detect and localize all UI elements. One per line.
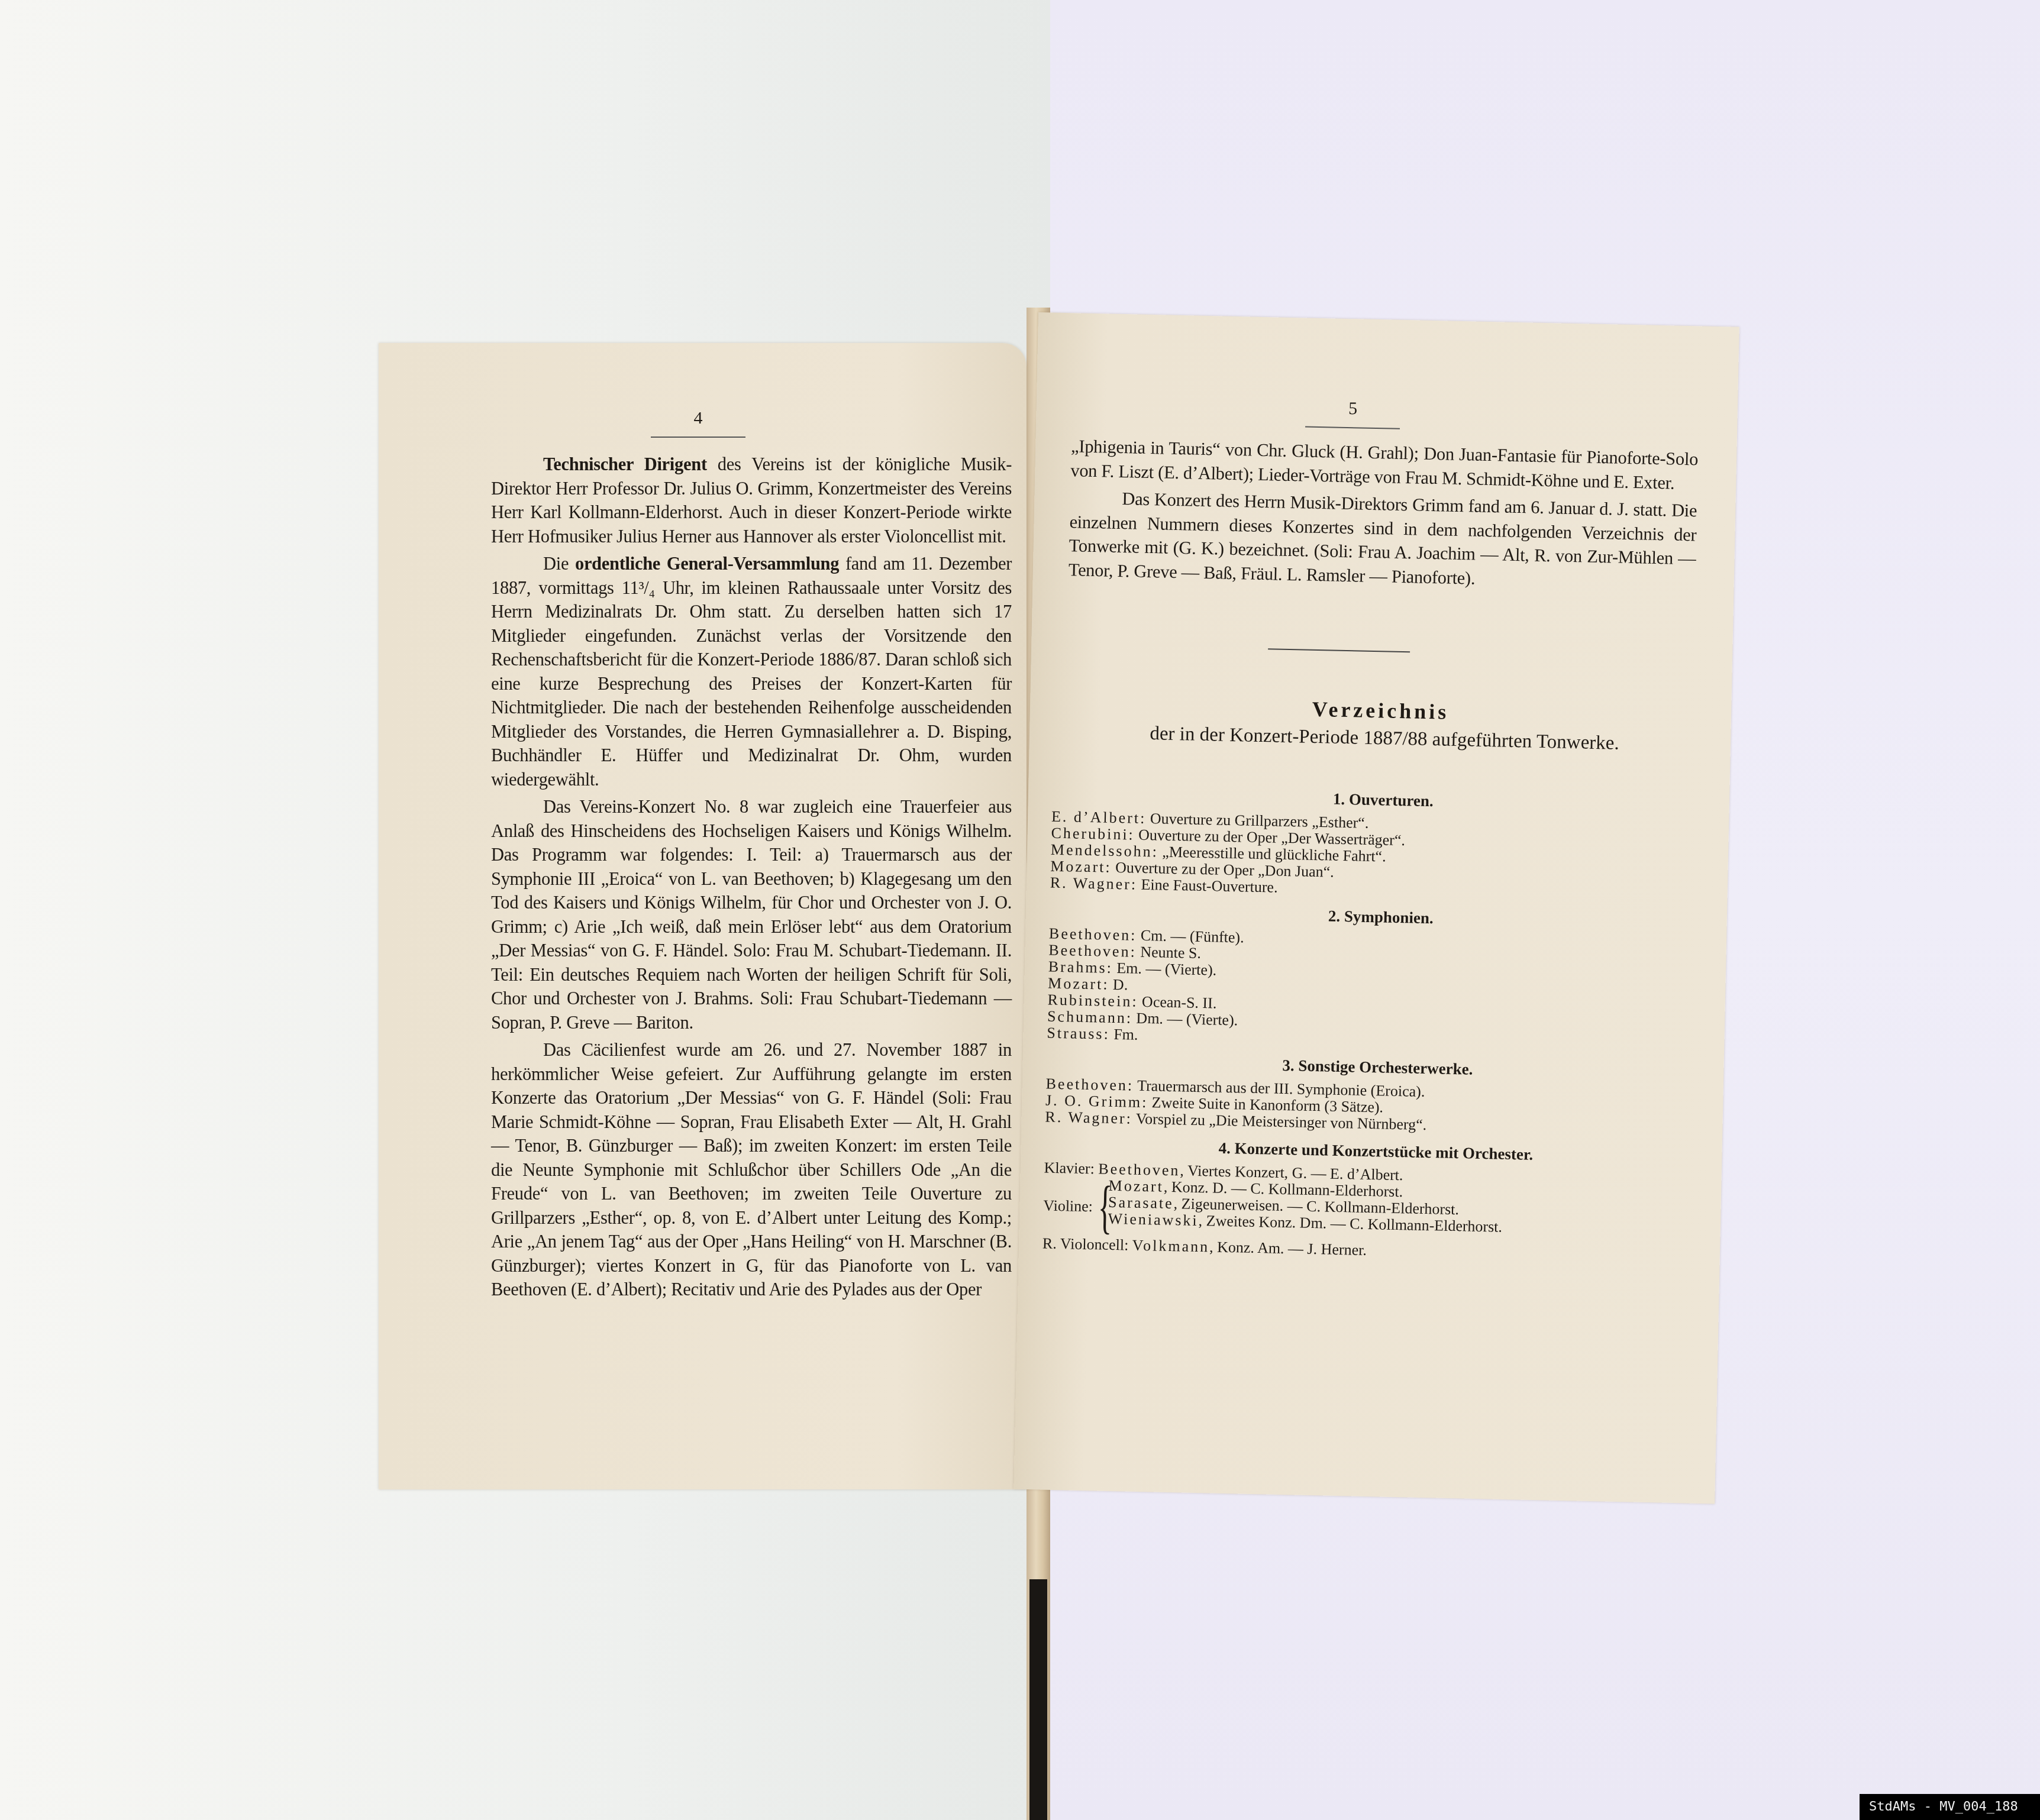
composer-name: Strauss: [1047,1024,1110,1043]
paragraph-general-versammlung: Die ordentliche General-Versammlung fand… [491,552,1012,791]
paragraph-lead: ordentliche General-Versammlung [575,554,839,574]
composer-name: Beethoven: [1048,942,1137,961]
paragraph-vereins-konzert: Das Vereins-Konzert No. 8 war zugleich e… [491,795,1012,1035]
work-title: D. [1109,976,1128,994]
section-divider [1268,648,1410,652]
composer-name: Mozart: [1050,858,1112,876]
paragraph-text: fand am 11. Dezember 1887, vormittags 11… [491,554,1012,790]
work-title: Neunte S. [1137,943,1202,962]
composer-name: Beethoven: [1049,925,1137,944]
archive-watermark: StdAMs - MV_004_188 [1860,1794,2040,1820]
composer-name: Wieniawski [1108,1210,1199,1229]
page-number-right: 5 [1305,397,1400,429]
instrument-label: R. Violoncell: [1042,1234,1129,1253]
composer-name: Beethoven: [1045,1075,1134,1094]
instrument-label: Klavier: [1044,1159,1095,1178]
paragraph-technischer-dirigent: Technischer Dirigent des Vereins ist der… [491,452,1012,548]
work-title: Eine Faust-Ouverture. [1137,876,1278,896]
work-title: Em. — (Vierte). [1113,959,1217,979]
composer-name: Sarasate [1108,1194,1174,1212]
composer-name: Rubinstein: [1047,991,1138,1010]
paragraph-text: Das Cäcilienfest wurde am 26. und 27. No… [491,1040,1012,1299]
work-title: Dm. — (Vierte). [1132,1010,1238,1029]
page-number-left: 4 [651,408,745,438]
right-page-body: „Iphigenia in Tauris“ von Chr. Gluck (H.… [1068,434,1698,598]
works-catalog: 1. Ouverturen. E. d’Albert: Ouverture zu… [1042,774,1715,1266]
composer-name: R. Wagner: [1050,874,1138,893]
curly-brace-icon: { [1097,1177,1103,1236]
composer-name: E. d’Albert: [1051,808,1147,827]
left-page-body: Technischer Dirigent des Vereins ist der… [491,452,1012,1305]
composer-name: Schumann: [1047,1008,1133,1027]
violine-entries: Mozart, Konz. D. — C. Kollmann-Elderhors… [1108,1178,1503,1245]
paragraph-caecilienfest: Das Cäcilienfest wurde am 26. und 27. No… [491,1038,1012,1302]
paragraph-lead-plain: Die [543,554,575,574]
right-page: 5 „Iphigenia in Tauris“ von Chr. Gluck (… [1013,312,1739,1504]
work-title: Ocean-S. II. [1138,993,1216,1012]
paragraph-text: „Iphigenia in Tauris“ von Chr. Gluck (H.… [1070,436,1698,493]
work-title: , Konz. Am. — J. Herner. [1209,1238,1367,1259]
paragraph-continuation: „Iphigenia in Tauris“ von Chr. Gluck (H.… [1070,434,1698,495]
composer-name: Mozart [1108,1177,1164,1195]
paragraph-lead: Technischer Dirigent [543,454,707,474]
composer-name: Volkmann [1132,1237,1209,1256]
instrument-label: Violine: [1043,1198,1093,1216]
paragraph-text: Das Konzert des Herrn Musik-Direktors Gr… [1069,489,1697,588]
composer-name: Mozart: [1048,975,1109,993]
paragraph-grimm-konzert: Das Konzert des Herrn Musik-Direktors Gr… [1068,486,1697,594]
composer-name: Cherubini: [1051,825,1135,843]
paragraph-text: Das Vereins-Konzert No. 8 war zugleich e… [491,797,1012,1033]
composer-name: Brahms: [1048,958,1113,977]
spine-shadow [1029,1579,1047,1820]
composer-name: R. Wagner: [1045,1108,1132,1127]
work-title: Fm. [1110,1026,1138,1043]
left-page: 4 Technischer Dirigent des Vereins ist d… [379,343,1027,1489]
